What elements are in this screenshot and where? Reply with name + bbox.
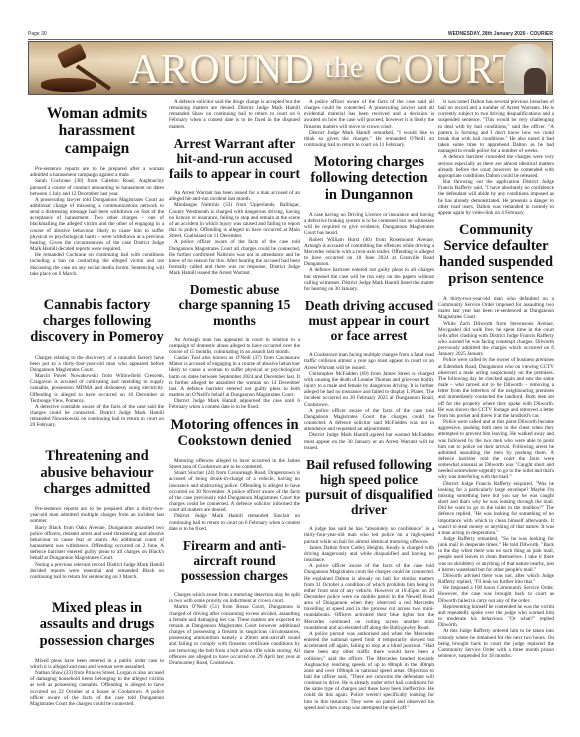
paragraph: Mixed pleas have been entered in a publi… xyxy=(30,658,164,670)
headline: Death driving accused must appear in cou… xyxy=(304,298,434,343)
paragraph: An Arrest Warrant has been issued for a … xyxy=(169,190,300,202)
paragraph: Police were called by the owner of busin… xyxy=(438,357,554,419)
paragraph: Charges relating to the discovery of a c… xyxy=(30,355,164,373)
paragraph: A police officer aware of the facts of t… xyxy=(304,563,434,631)
paragraph: Sarah Cochrane (30) from Caledon Road, A… xyxy=(30,178,164,196)
article-mixed-pleas: Mixed pleas in assaults and drugs posses… xyxy=(30,600,164,707)
section-title-word1: Around xyxy=(129,47,315,93)
column-2: A defence solicitor said the drugs charg… xyxy=(169,99,300,666)
page-header: Page 30 WEDNESDAY, 28th January 2026 - C… xyxy=(28,31,553,40)
paragraph: A police officer aware of the facts of t… xyxy=(304,408,434,433)
paragraph: Representing himself he contended he was… xyxy=(438,604,554,629)
page-number: Page 30 xyxy=(28,31,47,37)
headline: Domestic abuse charge spanning 15 months xyxy=(169,282,300,327)
section-banner: Around the Courts xyxy=(28,41,553,95)
paragraph: It was noted Dalton has several previous… xyxy=(438,99,554,154)
paragraph: Christopher McFadden (69) from James Str… xyxy=(304,371,434,408)
paragraph: He remanded Cochrane on continuing bail … xyxy=(30,252,164,277)
paragraph: While Zach Dilworth from Stevensons Aven… xyxy=(438,321,554,358)
paragraph: A prosecuting lawyer told Dungannon Magi… xyxy=(30,197,164,252)
headline: Community Service defaulter handed suspe… xyxy=(438,222,554,287)
paragraph: District Judge Mark Hamill adjourned the… xyxy=(169,398,300,410)
paragraph: At this Judge Rafferty ordered him to be… xyxy=(438,628,554,659)
headline: Motoring offences in Cookstown denied xyxy=(169,417,300,449)
paragraph: Mindaugas Naltrinis (33) from Upperlands… xyxy=(169,202,300,239)
paragraph: Nathan Shaw (23) from Princes Street, Lu… xyxy=(30,670,164,707)
headline: Woman admits harassment campaign xyxy=(30,105,164,157)
paragraph: But throwing out the application Distric… xyxy=(438,179,554,216)
paragraph: He Imposed a 100 hours Community Service… xyxy=(438,585,554,603)
paragraph: A police officer aware of the facts of t… xyxy=(169,239,300,276)
paragraph: Stuart Sinclair (24) from Cavanreagh Roa… xyxy=(169,470,300,513)
paragraph: A defence barrister entered not guilty p… xyxy=(304,267,434,292)
paragraph: Robert William Hurst (40) from Rosemount… xyxy=(304,237,434,268)
judge-figure-icon xyxy=(524,68,546,94)
paragraph: An Armagh man has appeared in court in r… xyxy=(169,337,300,355)
headline: Mixed pleas in assaults and drugs posses… xyxy=(30,600,164,649)
paragraph: A thirty-two-year-old man who defaulted … xyxy=(438,296,554,321)
paragraph: Pre-sentence reports are to be prepared … xyxy=(30,506,164,524)
article-motoring-cookstown: Motoring offences in Cookstown denied Mo… xyxy=(169,417,300,532)
headline: Bail refused following high speed police… xyxy=(304,457,434,517)
paragraph: Martin O'Neill (51) from Rossa Court, Du… xyxy=(169,604,300,666)
paragraph: James Dalton from Carbry Heights, Keady … xyxy=(304,545,434,563)
article-domestic-abuse: Domestic abuse charge spanning 15 months… xyxy=(169,282,300,410)
dateline: WEDNESDAY, 28th January 2026 - COURIER xyxy=(448,31,553,37)
paragraph: District Judge Francis Rafferty enquired… xyxy=(438,481,554,536)
headline: Motoring charges following detection in … xyxy=(304,154,434,203)
paragraph: Charges which arose from a motoring dete… xyxy=(169,592,300,604)
paragraph: A detective constable aware of the facts… xyxy=(30,404,164,429)
column-4: It was noted Dalton has several previous… xyxy=(438,99,554,659)
paragraph: District Judge Mark Hamill agreed but wa… xyxy=(304,432,434,450)
article-death-driving: Death driving accused must appear in cou… xyxy=(304,298,434,451)
paragraph: District Judge Mark Hamill remanded Sinc… xyxy=(169,513,300,531)
paragraph: A police pursuit was authorised and when… xyxy=(304,631,434,711)
article-community-service: Community Service defaulter handed suspe… xyxy=(438,222,554,659)
paragraph: Caolan Toal also known as O'Neill (37) f… xyxy=(169,355,300,398)
paragraph: Dilworth advised there was not, after wh… xyxy=(438,573,554,585)
headline: Arrest Warrant after hit-and-run accused… xyxy=(169,136,300,181)
paragraph-continued: A police officer aware of the facts of t… xyxy=(304,99,434,130)
paragraph: Barry Black from Oaks Avenue, Dungannon … xyxy=(30,525,164,562)
column-3: A police officer aware of the facts of t… xyxy=(304,99,434,711)
column-1: Woman admits harassment campaign Pre-sen… xyxy=(30,99,164,707)
article-firearm-anti-aircraft: Firearm and anti-aircraft round possessi… xyxy=(169,538,300,666)
paragraph: District Judge Mark Hamill remarked, "I … xyxy=(304,130,434,148)
article-woman-harassment: Woman admits harassment campaign Pre-sen… xyxy=(30,105,164,277)
gavel-icon xyxy=(41,78,96,92)
section-title-word2: the xyxy=(325,51,365,84)
section-title: Around the Courts xyxy=(129,48,469,91)
article-threatening-behaviour: Threatening and abusive behaviour charge… xyxy=(30,448,164,580)
paragraph: A case having no Driving Licence or insu… xyxy=(304,212,434,237)
paragraph: A judge has said he has "absolutely no c… xyxy=(304,526,434,544)
headline: Firearm and anti-aircraft round possessi… xyxy=(169,538,300,583)
paragraph: Judge Rafferty remarked, "So he was look… xyxy=(438,536,554,573)
paragraph: Motoring offences alleged to have occurr… xyxy=(169,458,300,470)
paragraph: A Cookstown man facing multiple charges … xyxy=(304,352,434,370)
headline: Threatening and abusive behaviour charge… xyxy=(30,448,164,497)
paragraph: A defence barrister conceded the charges… xyxy=(438,154,554,179)
article-cannabis-factory: Cannabis factory charges following disco… xyxy=(30,297,164,429)
article-motoring-dungannon: Motoring charges following detection in … xyxy=(304,154,434,292)
article-arrest-warrant-hit-and-run: Arrest Warrant after hit-and-run accused… xyxy=(169,136,300,277)
article-bail-refused: Bail refused following high speed police… xyxy=(304,457,434,711)
paragraph: Pre-sentence reports are to be prepared … xyxy=(30,166,164,178)
paragraph: Police were called and at this point Dil… xyxy=(438,419,554,481)
paragraph-continued: A defence solicitor said the drugs charg… xyxy=(169,99,300,130)
headline: Cannabis factory charges following disco… xyxy=(30,297,164,346)
paragraph: Noting a previous relevant record Distri… xyxy=(30,562,164,580)
paragraph: Marcin Pawel Nowakowski from Willowfield… xyxy=(30,373,164,404)
